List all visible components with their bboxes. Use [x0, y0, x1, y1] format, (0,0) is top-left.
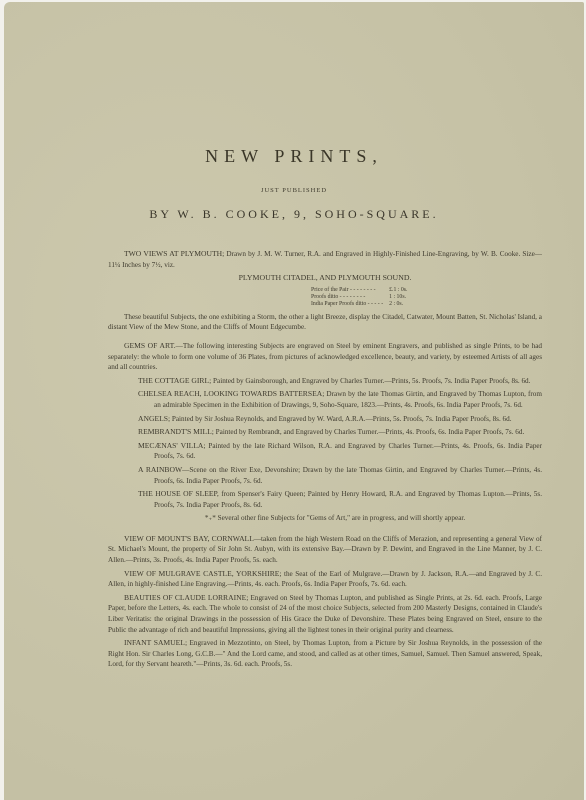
print-entry: INFANT SAMUEL; Engraved in Mezzotinto, o… — [108, 638, 542, 670]
page-subtitle: JUST PUBLISHED — [4, 187, 584, 194]
advertisement-page: NEW PRINTS, JUST PUBLISHED BY W. B. COOK… — [4, 2, 584, 800]
gems-item: CHELSEA REACH, LOOKING TOWARDS BATTERSEA… — [138, 389, 542, 410]
print-entry: VIEW OF MULGRAVE CASTLE, YORKSHIRE; the … — [108, 569, 542, 590]
print-entry: BEAUTIES OF CLAUDE LORRAINE; Engraved on… — [108, 593, 542, 635]
gems-note: *₊* Several other fine Subjects for "Gem… — [128, 513, 542, 524]
publisher-line: BY W. B. COOKE, 9, SOHO-SQUARE. — [4, 207, 584, 222]
plymouth-description: These beautiful Subjects, the one exhibi… — [108, 312, 542, 333]
price-row: Proofs ditto - - - - - - - -1 : 10s. — [308, 294, 410, 301]
print-entry: VIEW OF MOUNT'S BAY, CORNWALL—taken from… — [108, 534, 542, 566]
plymouth-subhead: PLYMOUTH CITADEL, AND PLYMOUTH SOUND. — [108, 273, 542, 284]
gems-item: REMBRANDT'S MILL; Painted by Rembrandt, … — [138, 427, 542, 438]
price-table: Price of the Pair - - - - - - - -£.1 : 0… — [308, 287, 410, 308]
price-row: India Paper Proofs ditto - - - - -2 : 0s… — [308, 301, 410, 308]
gems-item: MECÆNAS' VILLA; Painted by the late Rich… — [138, 441, 542, 462]
gems-intro: GEMS OF ART.—The following interesting S… — [108, 341, 542, 373]
gems-item: THE HOUSE OF SLEEP, from Spenser's Fairy… — [138, 489, 542, 510]
gems-item: A RAINBOW—Scene on the River Exe, Devons… — [138, 465, 542, 486]
listing-body: TWO VIEWS AT PLYMOUTH; Drawn by J. M. W.… — [108, 249, 542, 673]
price-row: Price of the Pair - - - - - - - -£.1 : 0… — [308, 287, 410, 294]
page-title: NEW PRINTS, — [4, 146, 584, 167]
gems-item: THE COTTAGE GIRL; Painted by Gainsboroug… — [138, 376, 542, 387]
gems-item: ANGELS; Painted by Sir Joshua Reynolds, … — [138, 414, 542, 425]
plymouth-entry: TWO VIEWS AT PLYMOUTH; Drawn by J. M. W.… — [108, 249, 542, 270]
